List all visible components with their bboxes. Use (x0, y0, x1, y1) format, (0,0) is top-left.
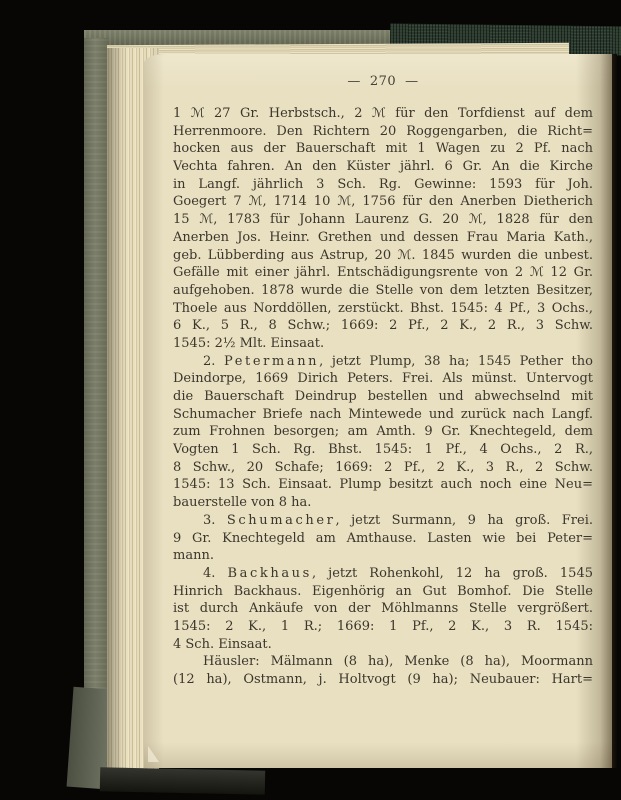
text-segment: zum Frohnen besorgen; am Amth. 9 Gr. Kne… (173, 424, 593, 439)
text-segment: Schumacher Briefe nach Mintewede und zur… (173, 407, 593, 422)
text-line: Anerben Jos. Heinr. Grethen und dessen F… (173, 229, 593, 247)
text-segment: Deindorpe, 1669 Dirich Peters. Frei. Als… (173, 371, 593, 386)
text-segment: Vogten 1 Sch. Rg. Bhst. 1545: 1 Pf., 4 O… (173, 442, 593, 457)
text-segment: Hinrich Backhaus. Eigenhörig an Gut Bomh… (173, 584, 593, 599)
text-line: bauerstelle von 8 ha. (173, 494, 593, 512)
text-segment: die Bauerschaft Deindrup bestellen und a… (173, 389, 593, 404)
text-line: 1 ℳ 27 Gr. Herbstsch., 2 ℳ für den Torfd… (173, 105, 593, 123)
text-line: in Langf. jährlich 3 Sch. Rg. Gewinne: 1… (173, 176, 593, 194)
text-segment: Häusler: Mälmann (8 ha), Menke (8 ha), M… (203, 654, 593, 669)
farm-name: Schumacher (227, 513, 336, 528)
text-segment: Thoele aus Norddöllen, zerstückt. Bhst. … (173, 301, 593, 316)
text-segment: aufgehoben. 1878 wurde die Stelle von de… (173, 283, 593, 298)
text-segment: Vechta fahren. An den Küster jährl. 6 Gr… (173, 159, 593, 174)
text-segment: 2. (203, 354, 224, 369)
text-line: Thoele aus Norddöllen, zerstückt. Bhst. … (173, 300, 593, 318)
text-segment: , jetzt Plump, 38 ha; 1545 Pether tho (319, 354, 593, 369)
text-line: 1545: 13 Sch. Einsaat. Plump besitzt auc… (173, 476, 593, 494)
book-page: —270— 1 ℳ 27 Gr. Herbstsch., 2 ℳ für den… (144, 54, 612, 768)
text-line: Herrenmoore. Den Richtern 20 Roggengarbe… (173, 123, 593, 141)
text-line: 8 Schw., 20 Schafe; 1669: 2 Pf., 2 K., 3… (173, 459, 593, 477)
text-line: 3. Schumacher, jetzt Surmann, 9 ha groß.… (173, 512, 593, 530)
header-dash-right: — (405, 74, 419, 89)
text-line: ist durch Ankäufe von der Möhlmanns Stel… (173, 600, 593, 618)
text-line: geb. Lübberding aus Astrup, 20 ℳ. 1845 w… (173, 247, 593, 265)
text-segment: 8 Schw., 20 Schafe; 1669: 2 Pf., 2 K., 3… (173, 460, 593, 475)
text-segment: 6 K., 5 R., 8 Schw.; 1669: 2 Pf., 2 K., … (173, 318, 593, 333)
header-dash-left: — (347, 74, 361, 89)
text-segment: Herrenmoore. Den Richtern 20 Roggengarbe… (173, 124, 593, 139)
text-line: 1545: 2½ Mlt. Einsaat. (173, 335, 593, 353)
text-line: Hinrich Backhaus. Eigenhörig an Gut Bomh… (173, 583, 593, 601)
text-line: 9 Gr. Knechtegeld am Amthause. Lasten wi… (173, 530, 593, 548)
adjacent-page-edge (612, 54, 617, 768)
text-line: aufgehoben. 1878 wurde die Stelle von de… (173, 282, 593, 300)
text-line: Goegert 7 ℳ, 1714 10 ℳ, 1756 für den Ane… (173, 193, 593, 211)
text-line: Deindorpe, 1669 Dirich Peters. Frei. Als… (173, 370, 593, 388)
text-line: 2. Petermann, jetzt Plump, 38 ha; 1545 P… (173, 353, 593, 371)
text-line: 4. Backhaus, jetzt Rohenkohl, 12 ha groß… (173, 565, 593, 583)
text-line: hocken aus der Bauerschaft mit 1 Wagen z… (173, 140, 593, 158)
text-segment: in Langf. jährlich 3 Sch. Rg. Gewinne: 1… (173, 177, 593, 192)
farm-name: Petermann (224, 354, 319, 369)
text-segment: 1545: 2½ Mlt. Einsaat. (173, 336, 324, 351)
page-text: 1 ℳ 27 Gr. Herbstsch., 2 ℳ für den Torfd… (173, 105, 593, 689)
text-segment: (12 ha), Ostmann, j. Holtvogt (9 ha); Ne… (173, 672, 593, 687)
text-segment: 4 Sch. Einsaat. (173, 637, 272, 652)
book-cover-left-edge (84, 38, 109, 779)
text-line: die Bauerschaft Deindrup bestellen und a… (173, 388, 593, 406)
farm-name: Backhaus (228, 566, 312, 581)
text-segment: , jetzt Surmann, 9 ha groß. Frei. (336, 513, 594, 528)
text-segment: hocken aus der Bauerschaft mit 1 Wagen z… (173, 141, 593, 156)
text-line: mann. (173, 547, 593, 565)
text-line: 15 ℳ, 1783 für Johann Laurenz G. 20 ℳ, 1… (173, 211, 593, 229)
text-segment: geb. Lübberding aus Astrup, 20 ℳ. 1845 w… (173, 248, 593, 263)
text-line: zum Frohnen besorgen; am Amth. 9 Gr. Kne… (173, 423, 593, 441)
text-segment: 1 ℳ 27 Gr. Herbstsch., 2 ℳ für den Torfd… (173, 106, 593, 121)
text-line: 1545: 2 K., 1 R.; 1669: 1 Pf., 2 K., 3 R… (173, 618, 593, 636)
text-line: 6 K., 5 R., 8 Schw.; 1669: 2 Pf., 2 K., … (173, 317, 593, 335)
text-segment: Goegert 7 ℳ, 1714 10 ℳ, 1756 für den Ane… (173, 194, 593, 209)
text-line: Gefälle mit einer jährl. Entschädigungsr… (173, 264, 593, 282)
text-segment: bauerstelle von 8 ha. (173, 495, 311, 510)
text-segment: 9 Gr. Knechtegeld am Amthause. Lasten wi… (173, 531, 593, 546)
text-line: Häusler: Mälmann (8 ha), Menke (8 ha), M… (173, 653, 593, 671)
text-segment: 15 ℳ, 1783 für Johann Laurenz G. 20 ℳ, 1… (173, 212, 593, 227)
text-segment: ist durch Ankäufe von der Möhlmanns Stel… (173, 601, 593, 616)
text-line: (12 ha), Ostmann, j. Holtvogt (9 ha); Ne… (173, 671, 593, 689)
page-header: —270— (173, 74, 593, 89)
text-segment: 1545: 2 K., 1 R.; 1669: 1 Pf., 2 K., 3 R… (173, 619, 593, 634)
text-segment: Gefälle mit einer jährl. Entschädigungsr… (173, 265, 593, 280)
page-corner-fold (148, 746, 159, 762)
text-segment: Anerben Jos. Heinr. Grethen und dessen F… (173, 230, 593, 245)
text-line: Vechta fahren. An den Küster jährl. 6 Gr… (173, 158, 593, 176)
text-segment: 1545: 13 Sch. Einsaat. Plump besitzt auc… (173, 477, 593, 492)
text-line: Vogten 1 Sch. Rg. Bhst. 1545: 1 Pf., 4 O… (173, 441, 593, 459)
text-segment: 4. (203, 566, 228, 581)
scanned-book-photo: —270— 1 ℳ 27 Gr. Herbstsch., 2 ℳ für den… (0, 0, 621, 800)
book-cover-bottom-edge (100, 767, 265, 794)
page-number: 270 (370, 74, 396, 89)
text-segment: mann. (173, 548, 214, 563)
text-line: 4 Sch. Einsaat. (173, 636, 593, 654)
text-line: Schumacher Briefe nach Mintewede und zur… (173, 406, 593, 424)
text-segment: , jetzt Rohenkohl, 12 ha groß. 1545 (312, 566, 593, 581)
text-segment: 3. (203, 513, 227, 528)
